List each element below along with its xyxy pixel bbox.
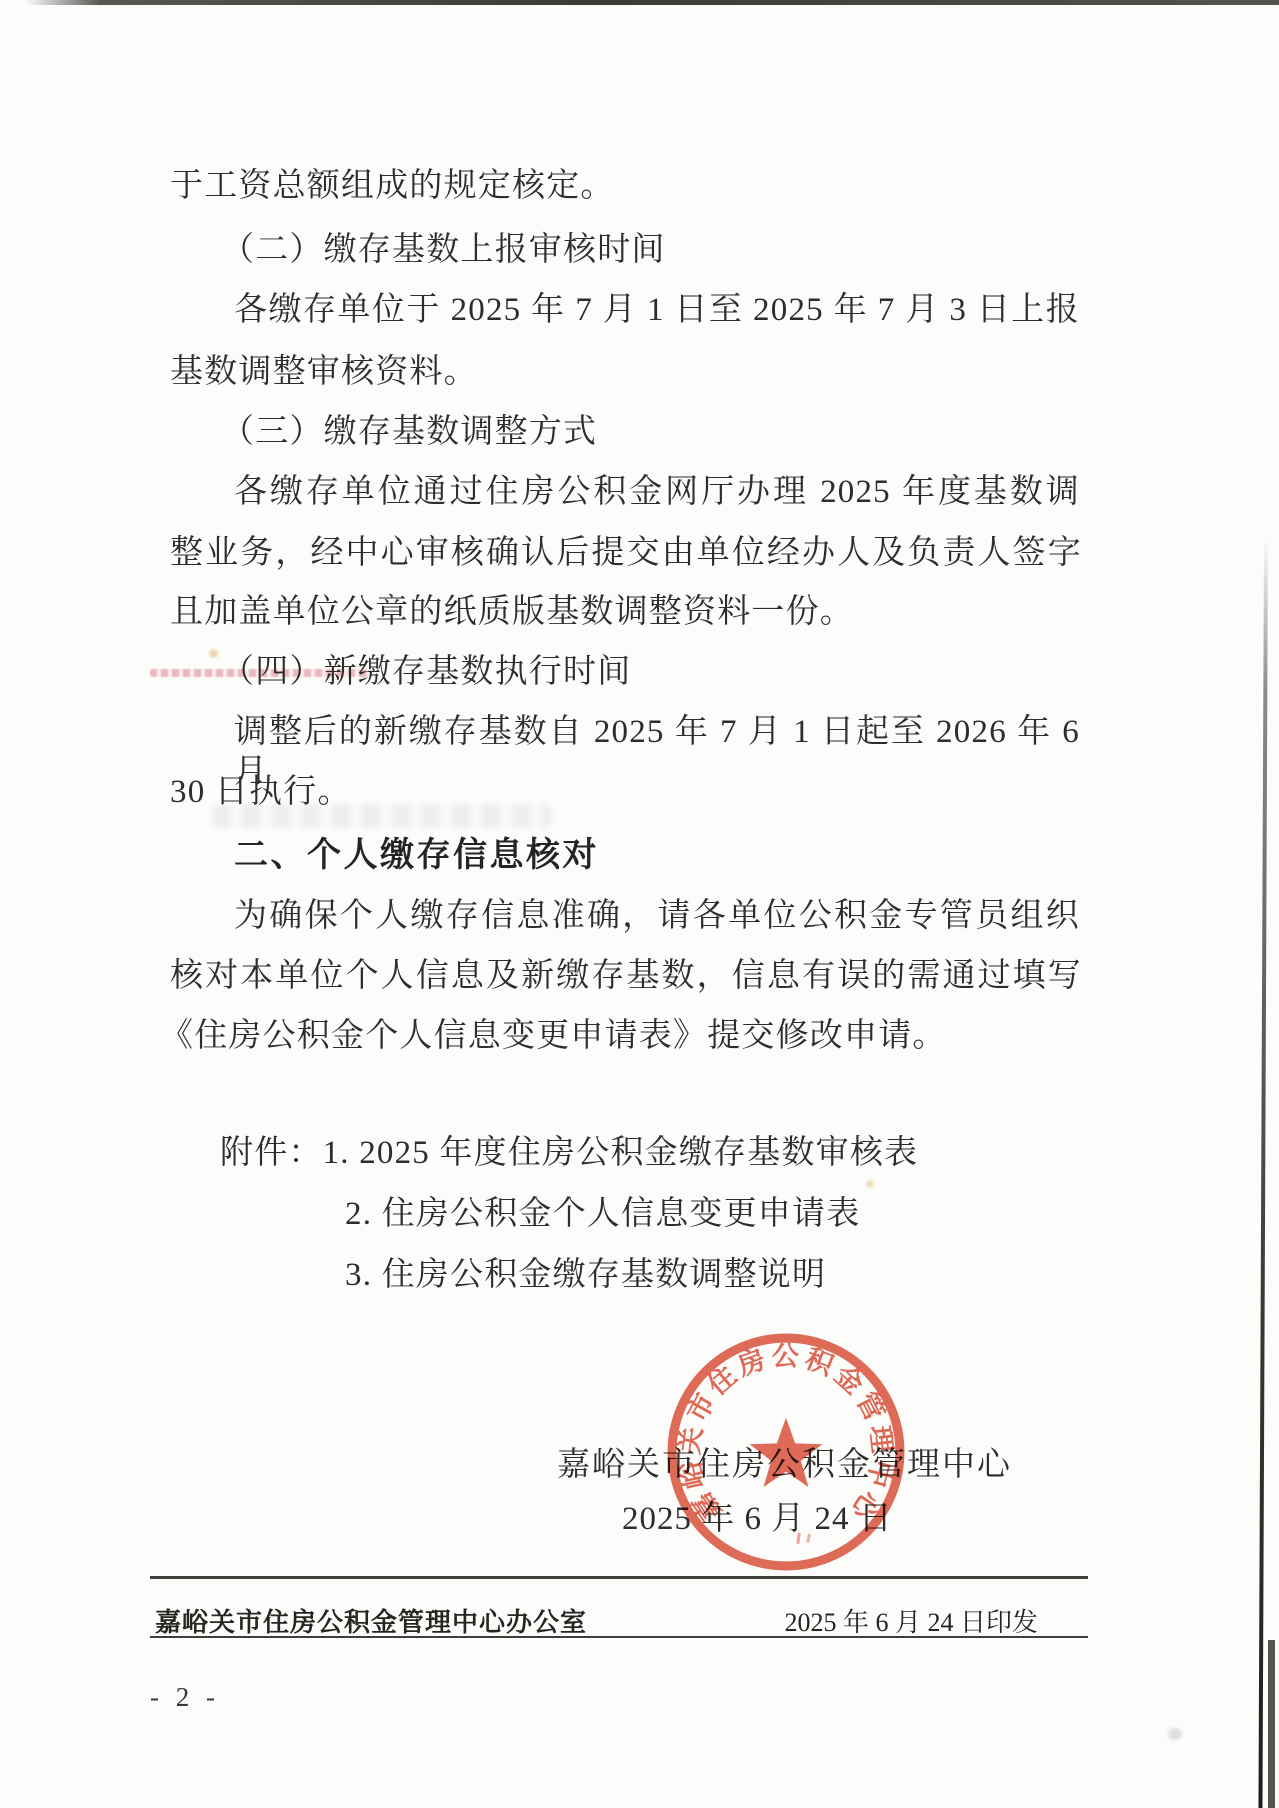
document-page: 于工资总额组成的规定核定。 （二）缴存基数上报审核时间 各缴存单位于 2025 … <box>0 0 1279 1808</box>
subsection-heading: （二）缴存基数上报审核时间 <box>221 230 666 270</box>
footer-separator-top <box>150 1576 1088 1579</box>
body-line: 为确保个人缴存信息准确，请各单位公积金专管员组织 <box>234 896 1080 936</box>
body-line: 30 日执行。 <box>170 772 352 812</box>
official-seal: 嘉峪关市住房公积金管理中心 <box>660 1326 912 1578</box>
stain-speck <box>209 649 218 658</box>
body-line: 基数调整审核资料。 <box>170 352 478 392</box>
attachment-item: 附件：1. 2025 年度住房公积金缴存基数审核表 <box>220 1133 918 1173</box>
subsection-heading: （三）缴存基数调整方式 <box>221 412 597 452</box>
footer-office: 嘉峪关市住房公积金管理中心办公室 <box>155 1602 587 1639</box>
attachment-item: 2. 住房公积金个人信息变更申请表 <box>345 1194 860 1234</box>
stain-speck <box>866 1180 874 1188</box>
seal-mark <box>796 1533 801 1544</box>
footer-print-date: 2025 年 6 月 24 日印发 <box>638 1602 1038 1639</box>
scan-corner-artifact <box>1268 1640 1275 1808</box>
scan-edge-right-artifact <box>1258 538 1268 1808</box>
body-line: 《住房公积金个人信息变更申请表》提交修改申请。 <box>160 1016 947 1056</box>
seal-star-icon <box>750 1418 823 1487</box>
body-line: 各缴存单位于 2025 年 7 月 1 日至 2025 年 7 月 3 日上报 <box>234 290 1080 330</box>
body-line: 且加盖单位公章的纸质版基数调整资料一份。 <box>170 592 854 632</box>
body-line: 于工资总额组成的规定核定。 <box>170 166 615 206</box>
footer-separator-bottom <box>150 1636 1088 1638</box>
stain-speck <box>1168 1728 1182 1740</box>
section-heading: 二、个人缴存信息核对 <box>234 835 599 875</box>
body-line: 调整后的新缴存基数自 2025 年 7 月 1 日起至 2026 年 6 月 <box>234 712 1080 792</box>
subsection-heading: （四）新缴存基数执行时间 <box>221 652 631 692</box>
scan-edge-top-artifact <box>25 0 1279 5</box>
page-number: - 2 - <box>150 1682 220 1713</box>
attachment-item: 3. 住房公积金缴存基数调整说明 <box>345 1255 826 1295</box>
body-line: 各缴存单位通过住房公积金网厅办理 2025 年度基数调 <box>234 472 1080 512</box>
seal-mark <box>806 1534 811 1544</box>
body-line: 核对本单位个人信息及新缴存基数，信息有误的需通过填写 <box>170 956 1082 996</box>
body-line: 整业务，经中心审核确认后提交由单位经办人及负责人签字 <box>170 533 1082 573</box>
